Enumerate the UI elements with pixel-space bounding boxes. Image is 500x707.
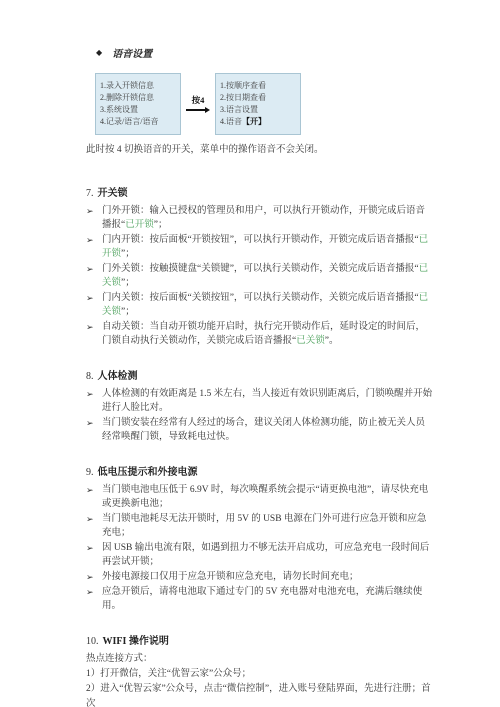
voice-prompt-text: 已关锁 xyxy=(296,336,325,346)
list-item: ➢ 当门锁电池耗尽无法开锁时，用 5V 的 USB 电源在门外可进行应急开锁和应… xyxy=(86,512,434,540)
bullet-text-main: 门内开锁：按后面板“开锁按钮”，可以执行开锁动作，开锁完成后语音播报“ xyxy=(102,235,419,245)
right-arrow-icon xyxy=(186,107,210,113)
voice-settings-title: 语音设置 xyxy=(112,45,152,60)
arrow-bullet-icon: ➢ xyxy=(86,585,102,613)
section-title: 开关锁 xyxy=(98,188,128,199)
bullet-text-main: 当门锁电池电压低于 6.9V 时，每次唤醒系统会提示“请更换电池”，请尽快充电或… xyxy=(102,485,428,509)
list-item: ➢ 门内开锁：按后面板“开锁按钮”，可以执行开锁动作，开锁完成后语音播报“已开锁… xyxy=(86,233,434,261)
arrow-bullet-icon: ➢ xyxy=(86,387,102,415)
diagram-caption: 此时按 4 切换语音的开关，菜单中的操作语音不会关闭。 xyxy=(86,143,434,157)
list-item: ➢ 当门锁电池电压低于 6.9V 时，每次唤醒系统会提示“请更换电池”，请尽快充… xyxy=(86,483,434,511)
bullet-text-main: 外接电源接口仅用于应急开锁和应急充电，请勿长时间充电； xyxy=(102,572,359,582)
bullet-text: 门外关锁：按触摸键盘“关锁键”，可以执行关锁动作，关锁完成后语音播报“已关锁”； xyxy=(102,262,434,290)
section-number: 8. xyxy=(86,371,94,382)
list-item: ➢ 外接电源接口仅用于应急开锁和应急充电，请勿长时间充电； xyxy=(86,570,434,584)
arrow-label: 按4 xyxy=(192,95,205,105)
bullet-text-main: 人体检测的有效距离是 1.5 米左右，当人接近有效识别距离后，门锁唤醒并开始进行… xyxy=(102,389,432,413)
section-heading: 10.WIFI 操作说明 xyxy=(86,635,434,649)
section-heading: 7.开关锁 xyxy=(86,187,434,201)
section-title: 人体检测 xyxy=(98,371,138,382)
arrow-shaft xyxy=(186,109,205,111)
bullet-text-tail: ”； xyxy=(121,278,135,288)
page-content: ◆ 语音设置 1.录入开锁信息 2.删除开锁信息 3.系统设置 4.记录/语言/… xyxy=(0,0,500,707)
voice-state-on: 【开】 xyxy=(242,117,266,126)
list-item: ➢ 人体检测的有效距离是 1.5 米左右，当人接近有效识别距离后，门锁唤醒并开始… xyxy=(86,387,434,415)
menu-box-left: 1.录入开锁信息 2.删除开锁信息 3.系统设置 4.记录/语言/语音 xyxy=(95,73,181,135)
bullet-text: 当门锁安装在经常有人经过的场合，建议关闭人体检测功能，防止被无关人员经常唤醒门锁… xyxy=(102,416,434,444)
bullet-text: 应急开锁后，请将电池取下通过专门的 5V 充电器对电池充电，充满后继续使用。 xyxy=(102,585,434,613)
list-item: ➢ 因 USB 输出电流有限，如遇到扭力不够无法开启成功，可应急充电一段时间后再… xyxy=(86,541,434,569)
document-page: ◆ 语音设置 1.录入开锁信息 2.删除开锁信息 3.系统设置 4.记录/语言/… xyxy=(0,0,500,707)
wifi-step-1: 1）打开微信，关注“优智云家”公众号； xyxy=(86,667,434,682)
list-item: ➢ 应急开锁后，请将电池取下通过专门的 5V 充电器对电池充电，充满后继续使用。 xyxy=(86,585,434,613)
bullet-text-main: 门内关锁：按后面板“关锁按钮”，可以执行关锁动作，关锁完成后语音播报“ xyxy=(102,293,419,303)
bullet-text-main: 门外关锁：按触摸键盘“关锁键”，可以执行关锁动作，关锁完成后语音播报“ xyxy=(102,264,419,274)
hotspot-intro-line: 热点连接方式： xyxy=(86,652,434,667)
arrow-bullet-icon: ➢ xyxy=(86,262,102,290)
voice-settings-heading: ◆ 语音设置 xyxy=(96,46,434,59)
list-item: ➢ 门外开锁：输入已授权的管理员和用户，可以执行开锁动作，开锁完成后语音播报“已… xyxy=(86,204,434,232)
menu-item: 3.系统设置 xyxy=(100,104,176,116)
section-heading: 9.低电压提示和外接电源 xyxy=(86,466,434,480)
section-heading: 8.人体检测 xyxy=(86,370,434,384)
bullet-text: 门内开锁：按后面板“开锁按钮”，可以执行开锁动作，开锁完成后语音播报“已开锁”； xyxy=(102,233,434,261)
bullet-text: 外接电源接口仅用于应急开锁和应急充电，请勿长时间充电； xyxy=(102,570,434,584)
menu-item: 1.按顺序查看 xyxy=(220,80,296,92)
bullet-list: ➢ 门外开锁：输入已授权的管理员和用户，可以执行开锁动作，开锁完成后语音播报“已… xyxy=(86,204,434,348)
bullet-text-tail: ”； xyxy=(121,249,135,259)
list-item: ➢ 门外关锁：按触摸键盘“关锁键”，可以执行关锁动作，关锁完成后语音播报“已关锁… xyxy=(86,262,434,290)
section-human-detection: 8.人体检测 ➢ 人体检测的有效距离是 1.5 米左右，当人接近有效识别距离后，… xyxy=(86,370,434,444)
bullet-list: ➢ 当门锁电池电压低于 6.9V 时，每次唤醒系统会提示“请更换电池”，请尽快充… xyxy=(86,483,434,613)
menu-item: 1.录入开锁信息 xyxy=(100,80,176,92)
section-number: 9. xyxy=(86,467,94,478)
bullet-text: 人体检测的有效距离是 1.5 米左右，当人接近有效识别距离后，门锁唤醒并开始进行… xyxy=(102,387,434,415)
bullet-text-main: 当门锁电池耗尽无法开锁时，用 5V 的 USB 电源在门外可进行应急开锁和应急充… xyxy=(102,514,426,538)
section-number: 7. xyxy=(86,188,94,199)
bullet-text-main: 因 USB 输出电流有限，如遇到扭力不够无法开启成功，可应急充电一段时间后再尝试… xyxy=(102,543,429,567)
arrow-bullet-icon: ➢ xyxy=(86,541,102,569)
section-title: WIFI 操作说明 xyxy=(103,636,169,647)
bullet-text-main: 应急开锁后，请将电池取下通过专门的 5V 充电器对电池充电，充满后继续使用。 xyxy=(102,587,422,611)
section-title: 低电压提示和外接电源 xyxy=(98,467,198,478)
arrow-bullet-icon: ➢ xyxy=(86,291,102,319)
menu-item: 3.语言设置 xyxy=(220,104,296,116)
bullet-text-tail: ”； xyxy=(154,220,168,230)
section-wifi-instructions: 10.WIFI 操作说明 热点连接方式： 1）打开微信，关注“优智云家”公众号；… xyxy=(86,635,434,707)
bullet-text: 门内关锁：按后面板“关锁按钮”，可以执行关锁动作，关锁完成后语音播报“已关锁”； xyxy=(102,291,434,319)
arrow-bullet-icon: ➢ xyxy=(86,204,102,232)
menu-item-voice-state: 4.语音【开】 xyxy=(220,116,296,128)
section-lock-unlock: 7.开关锁 ➢ 门外开锁：输入已授权的管理员和用户，可以执行开锁动作，开锁完成后… xyxy=(86,187,434,348)
bullet-list: ➢ 人体检测的有效距离是 1.5 米左右，当人接近有效识别距离后，门锁唤醒并开始… xyxy=(86,387,434,444)
arrow-bullet-icon: ➢ xyxy=(86,320,102,348)
menu-box-right: 1.按顺序查看 2.按日期查看 3.语言设置 4.语音【开】 xyxy=(215,73,301,135)
bullet-text-tail: ”； xyxy=(121,307,135,317)
list-item: ➢ 当门锁安装在经常有人经过的场合，建议关闭人体检测功能，防止被无关人员经常唤醒… xyxy=(86,416,434,444)
list-item: ➢ 门内关锁：按后面板“关锁按钮”，可以执行关锁动作，关锁完成后语音播报“已关锁… xyxy=(86,291,434,319)
diamond-bullet-icon: ◆ xyxy=(96,48,102,57)
arrow-bullet-icon: ➢ xyxy=(86,512,102,540)
bullet-text: 因 USB 输出电流有限，如遇到扭力不够无法开启成功，可应急充电一段时间后再尝试… xyxy=(102,541,434,569)
menu-item: 2.按日期查看 xyxy=(220,92,296,104)
menu-diagram: 1.录入开锁信息 2.删除开锁信息 3.系统设置 4.记录/语言/语音 按4 1… xyxy=(95,73,434,135)
voice-prompt-text: 已开锁 xyxy=(125,220,154,230)
arrow-bullet-icon: ➢ xyxy=(86,483,102,511)
bullet-text: 门外开锁：输入已授权的管理员和用户，可以执行开锁动作，开锁完成后语音播报“已开锁… xyxy=(102,204,434,232)
menu-item-prefix: 4.语音 xyxy=(220,117,242,126)
bullet-text-main: 自动关锁：当自动开锁功能开启时，执行完开锁动作后，延时设定的时间后，门锁自动执行… xyxy=(102,322,425,346)
section-low-voltage: 9.低电压提示和外接电源 ➢ 当门锁电池电压低于 6.9V 时，每次唤醒系统会提… xyxy=(86,466,434,613)
bullet-text-main: 当门锁安装在经常有人经过的场合，建议关闭人体检测功能，防止被无关人员经常唤醒门锁… xyxy=(102,418,425,442)
menu-item: 2.删除开锁信息 xyxy=(100,92,176,104)
arrow-bullet-icon: ➢ xyxy=(86,233,102,261)
bullet-text: 当门锁电池电压低于 6.9V 时，每次唤醒系统会提示“请更换电池”，请尽快充电或… xyxy=(102,483,434,511)
press-4-arrow: 按4 xyxy=(182,95,214,113)
section-number: 10. xyxy=(86,636,99,647)
arrow-head xyxy=(205,107,210,113)
menu-item: 4.记录/语言/语音 xyxy=(100,116,176,128)
list-item: ➢ 自动关锁：当自动开锁功能开启时，执行完开锁动作后，延时设定的时间后，门锁自动… xyxy=(86,320,434,348)
arrow-bullet-icon: ➢ xyxy=(86,416,102,444)
arrow-bullet-icon: ➢ xyxy=(86,570,102,584)
wifi-step-2: 2）进入“优智云家”公众号，点击“微信控制”，进入账号登陆界面，先进行注册；首次 xyxy=(86,682,434,707)
bullet-text-tail: ”。 xyxy=(325,336,339,346)
bullet-text: 当门锁电池耗尽无法开锁时，用 5V 的 USB 电源在门外可进行应急开锁和应急充… xyxy=(102,512,434,540)
bullet-text: 自动关锁：当自动开锁功能开启时，执行完开锁动作后，延时设定的时间后，门锁自动执行… xyxy=(102,320,434,348)
